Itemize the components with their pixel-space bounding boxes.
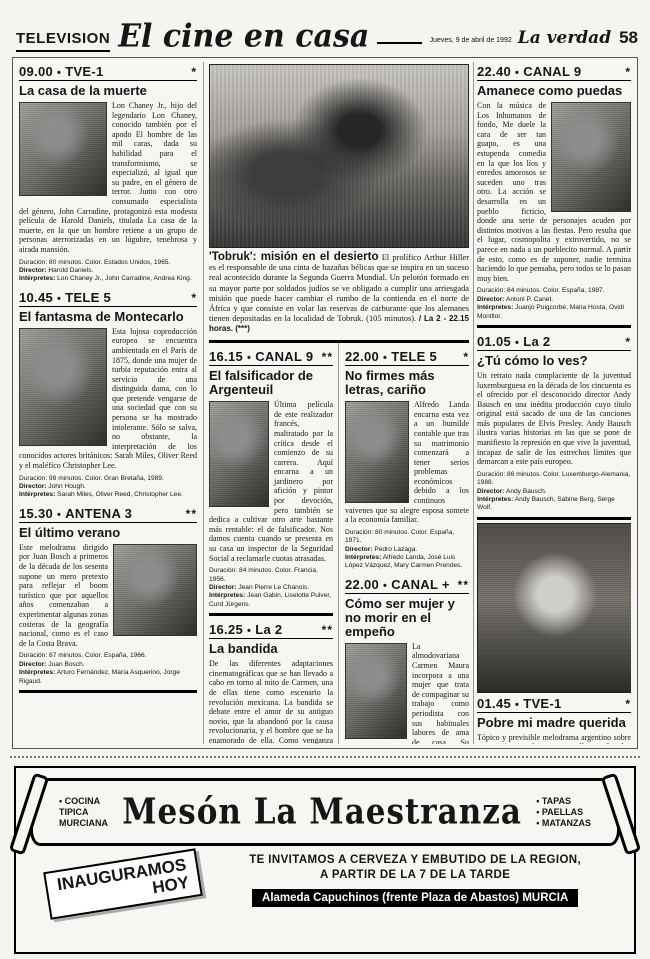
credit-duration: Duración: 84 minutos. Color. España, 198… [477, 287, 631, 295]
newspaper-page: TELEVISION El cine en casa Jueves, 9 de … [0, 0, 650, 959]
column-divider [203, 62, 204, 744]
subcolumn-right: 22.00 • TELE 5 * No firmes más letras, c… [338, 343, 469, 744]
listing-block-el-fantasma-de-montecarlo: 10.45 • TELE 5 * El fantasma de Montecar… [19, 290, 197, 500]
film-title: El falsificador de Argenteuil [209, 369, 333, 397]
film-still-photo [209, 401, 269, 507]
listing-time: 16.25 [209, 622, 243, 637]
listing-header: 22.00 • CANAL + ** [345, 577, 469, 594]
listing-time: 15.30 [19, 506, 53, 521]
bullet-icon: • [515, 67, 519, 79]
ad-bottom-row: INAUGURAMOS HOY TE INVITAMOS A CERVEZA Y… [26, 852, 624, 908]
credit-cast-label: Intérpretes: [19, 275, 55, 282]
dotted-separator [10, 756, 640, 758]
ad-right-list: • TAPAS • PAELLAS • MATANZAS [536, 796, 591, 829]
credit-cast-label: Intérpretes: [209, 592, 245, 599]
listing-header: 09.00 • TVE-1 * [19, 64, 197, 81]
credit-director-label: Director: [19, 483, 46, 490]
credit-cast-label: Intérpretes: [477, 496, 513, 503]
listing-channel: TVE-1 [523, 696, 561, 711]
film-synopsis: Tópico y previsible melodrama argentino … [477, 733, 631, 744]
credit-cast-label: Intérpretes: [477, 304, 513, 311]
listing-block-el-falsificador: 16.15 • CANAL 9 ** El falsificador de Ar… [209, 349, 333, 616]
credit-duration: Duración: 86 minutos. Color. Luxemburgo-… [477, 471, 631, 488]
film-title: Pobre mi madre querida [477, 716, 631, 730]
credit-cast-label: Intérpretes: [345, 554, 381, 561]
listing-header: 10.45 • TELE 5 * [19, 290, 197, 307]
film-still-photo [345, 643, 407, 739]
column-left: 09.00 • TVE-1 * La casa de la muerte Lon… [19, 64, 197, 744]
credit-director: Pedro Lazaga. [374, 546, 417, 553]
ad-invite-line: A PARTIR DE LA 7 DE LA TARDE [206, 868, 624, 883]
credit-duration: Duración: 80 minutos. Color. Estados Uni… [19, 259, 197, 267]
ad-list-item: • MATANZAS [536, 818, 591, 829]
listing-block-el-ultimo-verano: 15.30 • ANTENA 3 ** El último verano Est… [19, 506, 197, 693]
listing-channel: TELE 5 [391, 349, 437, 364]
listing-time: 09.00 [19, 64, 53, 79]
bullet-icon: • [515, 699, 519, 711]
credit-director: John Hough. [48, 483, 85, 490]
film-still-photo [19, 328, 107, 446]
listing-time: 22.00 [345, 577, 379, 592]
listing-channel: La 2 [255, 622, 282, 637]
film-synopsis: Con la música de Los Inhumanos de fondo,… [477, 101, 631, 283]
listing-header: 16.25 • La 2 ** [209, 622, 333, 639]
film-credits: Duración: 98 minutos. Color. Gran Bretañ… [19, 475, 197, 500]
film-still-photo-large [477, 523, 631, 693]
star-rating: * [625, 65, 631, 79]
listing-time: 01.45 [477, 696, 511, 711]
listing-channel: La 2 [523, 334, 550, 349]
credit-duration: Duración: 98 minutos. Color. Gran Bretañ… [19, 475, 197, 483]
listing-block-no-firmes-mas-letras: 22.00 • TELE 5 * No firmes más letras, c… [345, 349, 469, 571]
masthead: TELEVISION El cine en casa Jueves, 9 de … [16, 10, 638, 52]
listing-time: 01.05 [477, 334, 511, 349]
ad-list-item: • PAELLAS [536, 807, 591, 818]
star-rating: ** [322, 623, 333, 637]
synopsis-text: De las diferentes adaptaciones cinematog… [209, 659, 333, 744]
credit-director-label: Director: [209, 584, 236, 591]
film-title: El fantasma de Montecarlo [19, 310, 197, 324]
film-synopsis: De las diferentes adaptaciones cinematog… [209, 659, 333, 744]
credit-duration: Duración: 80 minutos. Color. España, 197… [345, 529, 469, 546]
film-title: La bandida [209, 642, 333, 656]
bullet-icon: • [383, 352, 387, 364]
ad-invite: TE INVITAMOS A CERVEZA Y EMBUTIDO DE LA … [206, 853, 624, 907]
film-credits: Duración: 87 minutos. Color. España, 196… [19, 652, 197, 686]
ad-list-item: MURCIANA [59, 818, 108, 829]
listing-block-la-bandida: 16.25 • La 2 ** La bandida De las difere… [209, 622, 333, 744]
ad-list-item: • TAPAS [536, 796, 591, 807]
listing-block-amanece-como-puedas: 22.40 • CANAL 9 * Amanece como puedas Co… [477, 64, 631, 328]
ad-list-item: • COCINA [59, 796, 108, 807]
section-rule [209, 613, 333, 616]
credit-director: Antoni P. Canet. [506, 296, 553, 303]
film-still-photo [345, 401, 409, 503]
film-synopsis: Esta lujosa coproducción europea se encu… [19, 327, 197, 471]
listing-block-pobre-mi-madre-querida: 01.45 • TVE-1 * Pobre mi madre querida T… [477, 696, 631, 744]
column-right: 22.40 • CANAL 9 * Amanece como puedas Co… [477, 64, 631, 744]
listing-time: 22.40 [477, 64, 511, 79]
section-label: TELEVISION [16, 30, 110, 52]
film-credits: Duración: 80 minutos. Color. Estados Uni… [19, 259, 197, 284]
ad-restaurant-name: Mesón La Maestranza [116, 791, 528, 832]
film-synopsis: Última película de este realizador franc… [209, 400, 333, 563]
film-credits: Duración: 84 minutos. Color. Francia, 19… [209, 567, 333, 609]
paper-logo: La verdad [518, 28, 611, 48]
credit-director: Harold Daniels. [48, 267, 93, 274]
masthead-rule [377, 42, 421, 44]
star-rating: * [191, 291, 197, 305]
bullet-icon: • [247, 625, 251, 637]
star-rating: ** [322, 350, 333, 364]
listing-time: 10.45 [19, 290, 53, 305]
listing-header: 01.45 • TVE-1 * [477, 696, 631, 713]
feature-photo-tobruk [209, 64, 469, 248]
feature-caption: 'Tobruk': misión en el desierto El prolí… [209, 252, 469, 335]
advertisement-meson-la-maestranza: • COCINA TIPICA MURCIANA Mesón La Maestr… [14, 766, 636, 954]
listing-time: 16.15 [209, 349, 243, 364]
listing-time: 22.00 [345, 349, 379, 364]
listing-channel: TVE-1 [65, 64, 103, 79]
feature-body: El prolífico Arthur Hiller es el respons… [209, 253, 469, 323]
film-title: La casa de la muerte [19, 84, 197, 98]
film-synopsis: Lon Chaney Jr., hijo del legendario Lon … [19, 101, 197, 255]
listing-header: 01.05 • La 2 * [477, 334, 631, 351]
film-still-photo [19, 102, 107, 196]
credit-director-label: Director: [19, 267, 46, 274]
film-credits: Duración: 84 minutos. Color. España, 198… [477, 287, 631, 321]
credit-director-label: Director: [477, 488, 504, 495]
listing-block-la-casa-de-la-muerte: 09.00 • TVE-1 * La casa de la muerte Lon… [19, 64, 197, 284]
bullet-icon: • [383, 580, 387, 592]
star-rating: ** [186, 507, 197, 521]
credit-director-label: Director: [477, 296, 504, 303]
listing-channel: CANAL + [391, 577, 450, 592]
listings-frame: 09.00 • TVE-1 * La casa de la muerte Lon… [12, 57, 638, 749]
ad-address-bar: Alameda Capuchinos (frente Plaza de Abas… [252, 889, 578, 907]
film-title: No firmes más letras, cariño [345, 369, 469, 397]
section-rule [477, 325, 631, 328]
film-synopsis: La almodovariana Carmen Maura incorpora … [345, 642, 469, 744]
listing-block-como-ser-mujer: 22.00 • CANAL + ** Cómo ser mujer y no m… [345, 577, 469, 744]
synopsis-text: Un retrato nada complaciente de la juven… [477, 371, 631, 466]
film-title: Cómo ser mujer y no morir en el empeño [345, 597, 469, 639]
ad-inauguramos-banner: INAUGURAMOS HOY [43, 848, 203, 920]
bullet-icon: • [57, 509, 61, 521]
listing-header: 22.40 • CANAL 9 * [477, 64, 631, 81]
listing-header: 15.30 • ANTENA 3 ** [19, 506, 197, 523]
listing-channel: CANAL 9 [523, 64, 581, 79]
credit-director-label: Director: [345, 546, 372, 553]
film-credits: Duración: 80 minutos. Color. España, 197… [345, 529, 469, 571]
film-title: Amanece como puedas [477, 84, 631, 98]
credit-director: Andy Bausch. [506, 488, 547, 495]
bullet-icon: • [57, 293, 61, 305]
film-still-photo [551, 102, 631, 212]
bullet-icon: • [515, 337, 519, 349]
center-subcolumns: 16.15 • CANAL 9 ** El falsificador de Ar… [209, 343, 469, 744]
credit-cast-label: Intérpretes: [19, 491, 55, 498]
issue-date: Jueves, 9 de abril de 1992 [430, 37, 512, 44]
credit-duration: Duración: 87 minutos. Color. España, 196… [19, 652, 197, 660]
listing-channel: ANTENA 3 [65, 506, 132, 521]
credit-cast-label: Intérpretes: [19, 669, 55, 676]
credit-cast: Lon Chaney Jr., John Carradine, Andrea K… [57, 275, 192, 282]
star-rating: * [463, 350, 469, 364]
subcolumn-left: 16.15 • CANAL 9 ** El falsificador de Ar… [209, 343, 338, 744]
credit-director: Juan Bosch. [48, 661, 84, 668]
star-rating: ** [458, 578, 469, 592]
section-rule [477, 517, 631, 520]
film-title: El último verano [19, 526, 197, 540]
ad-invite-line: TE INVITAMOS A CERVEZA Y EMBUTIDO DE LA … [206, 853, 624, 868]
film-credits: Duración: 86 minutos. Color. Luxemburgo-… [477, 471, 631, 513]
ad-left-list: • COCINA TIPICA MURCIANA [59, 796, 108, 829]
column-center: 'Tobruk': misión en el desierto El prolí… [209, 64, 469, 744]
ad-scroll-banner: • COCINA TIPICA MURCIANA Mesón La Maestr… [30, 778, 620, 846]
credit-duration: Duración: 84 minutos. Color. Francia, 19… [209, 567, 333, 584]
star-rating: * [625, 335, 631, 349]
credit-cast: Sarah Miles, Oliver Reed, Christopher Le… [57, 491, 183, 498]
film-synopsis: Este melodrama dirigido por Juan Bosch a… [19, 543, 197, 649]
bullet-icon: • [57, 67, 61, 79]
credit-director: Jean Pierre Le Chanois. [238, 584, 309, 591]
star-rating: * [191, 65, 197, 79]
bullet-icon: • [247, 352, 251, 364]
listing-header: 16.15 • CANAL 9 ** [209, 349, 333, 366]
synopsis-text: Este melodrama dirigido por Juan Bosch a… [19, 543, 108, 648]
star-rating: * [625, 697, 631, 711]
film-synopsis: Alfredo Landa encarna esta vez a un humi… [345, 400, 469, 525]
page-title: El cine en casa [118, 21, 369, 53]
listing-channel: CANAL 9 [255, 349, 313, 364]
credit-director-label: Director: [19, 661, 46, 668]
film-title: ¿Tú cómo lo ves? [477, 354, 631, 368]
listing-channel: TELE 5 [65, 290, 111, 305]
film-synopsis: Un retrato nada complaciente de la juven… [477, 371, 631, 467]
feature-title: 'Tobruk': misión en el desierto [209, 251, 378, 263]
film-still-photo [113, 544, 197, 636]
column-divider [473, 62, 474, 744]
listing-header: 22.00 • TELE 5 * [345, 349, 469, 366]
listing-block-tu-como-lo-ves: 01.05 • La 2 * ¿Tú cómo lo ves? Un retra… [477, 334, 631, 693]
synopsis-text: Tópico y previsible melodrama argentino … [477, 733, 631, 744]
page-number: 58 [619, 28, 638, 48]
ad-list-item: TIPICA [59, 807, 108, 818]
section-rule [19, 690, 197, 693]
